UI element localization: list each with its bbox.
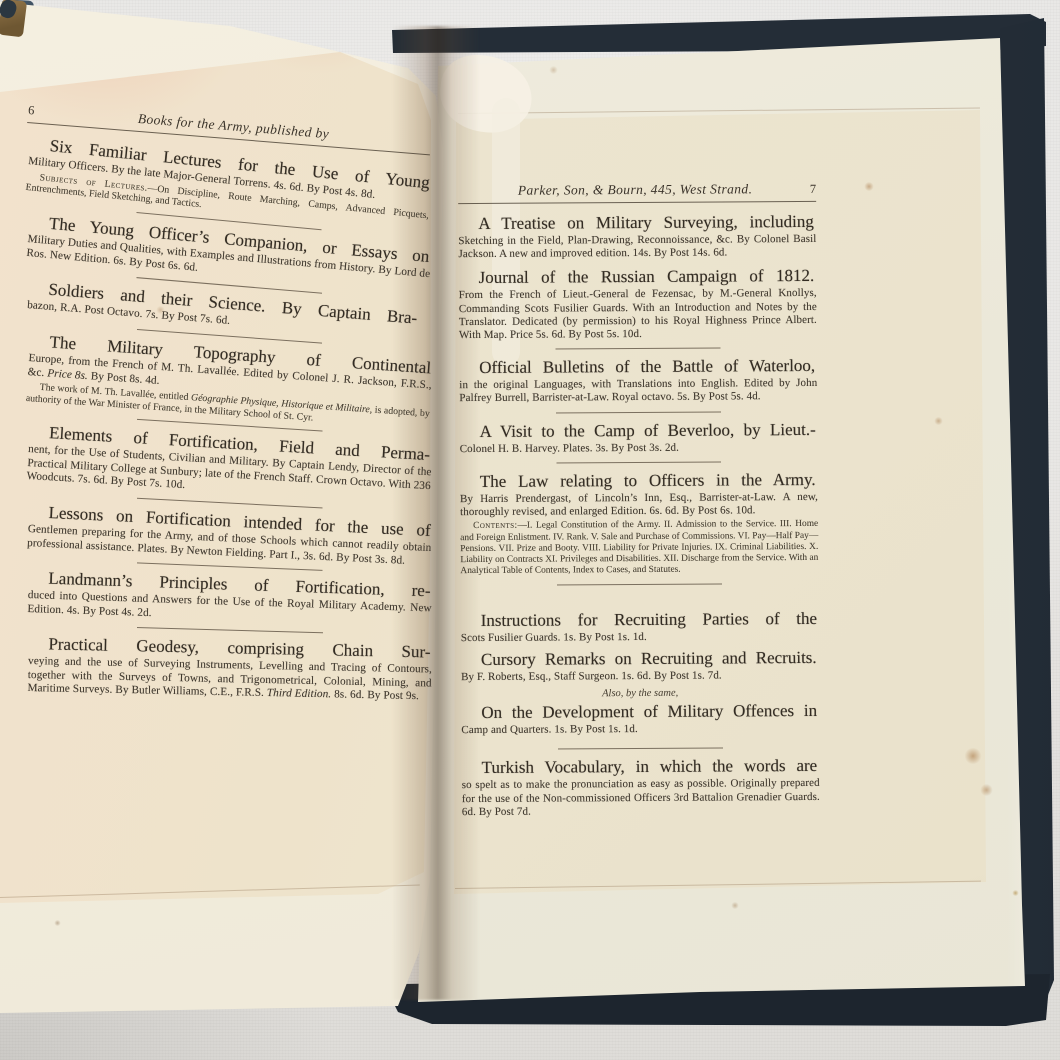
entry-body: By Harris Prendergast, of Lincoln’s Inn,…: [460, 491, 818, 520]
entry-title-line: Official Bulletins of the Battle of Wate…: [459, 355, 817, 378]
entry-title-line: A Treatise on Military Surveying, includ…: [458, 211, 816, 234]
catalog-entry: On the Development of Military Offences …: [461, 700, 819, 737]
catalog-entry: A Visit to the Camp of Beverloo, by Lieu…: [460, 419, 818, 456]
photo-of-open-book: 6 Books for the Army, published by Six F…: [0, 0, 1060, 1060]
catalog-entry: A Treatise on Military Surveying, includ…: [458, 211, 816, 262]
separator-rule: [460, 461, 818, 464]
separator-rule: [461, 583, 819, 586]
catalog-entry: Practical Geodesy, comprising Chain Sur-…: [27, 633, 432, 704]
entry-body: From the French of Lieut.-General de Fez…: [459, 287, 817, 342]
head-rule: [458, 201, 816, 204]
catalog-entry: Turkish Vocabulary, in which the words a…: [462, 755, 820, 819]
catalog-entry: Official Bulletins of the Battle of Wate…: [459, 355, 817, 406]
catalog-entry: Cursory Remarks on Recruiting and Recrui…: [461, 647, 819, 684]
entry-title-line: Turkish Vocabulary, in which the words a…: [462, 755, 820, 778]
separator-rule: [459, 347, 817, 350]
entry-title-line: Journal of the Russian Campaign of 1812.: [459, 265, 817, 288]
entry-note: Contents:—I. Legal Constitution of the A…: [460, 519, 818, 578]
entry-title-line: Cursory Remarks on Recruiting and Recrui…: [461, 647, 819, 670]
entry-body: Scots Fusilier Guards. 1s. By Post 1s. 1…: [461, 630, 819, 645]
entry-title-line: A Visit to the Camp of Beverloo, by Lieu…: [460, 419, 818, 442]
entry-body: Colonel H. B. Harvey. Plates. 3s. By Pos…: [460, 441, 818, 456]
catalog-entry: Instructions for Recruiting Parties of t…: [461, 608, 819, 645]
entry-body: By F. Roberts, Esq., Staff Surgeon. 1s. …: [461, 669, 819, 684]
entry-body: in the original Languages, with Translat…: [459, 377, 817, 406]
entry-title-line: The Law relating to Officers in the Army…: [460, 469, 818, 492]
entry-body: Sketching in the Field, Plan-Drawing, Re…: [458, 233, 816, 262]
right-running-head: Parker, Son, & Bourn, 445, West Strand. …: [458, 181, 816, 204]
separator-rule: [462, 747, 820, 750]
right-page-number: 7: [786, 182, 816, 197]
entry-body: so spelt as to make the pronunciation as…: [462, 777, 820, 819]
left-page-number: 6: [28, 103, 59, 120]
entry-body: veying and the use of Surveying Instrume…: [27, 655, 432, 704]
right-running-title: Parker, Son, & Bourn, 445, West Strand.: [484, 181, 786, 199]
also-by-the-same: Also, by the same,: [461, 687, 819, 700]
separator-rule: [459, 411, 817, 414]
catalog-entry: The Law relating to Officers in the Army…: [460, 469, 819, 578]
entry-title-line: Instructions for Recruiting Parties of t…: [461, 608, 819, 631]
catalog-entry: Landmann’s Principles of Fortification, …: [27, 567, 432, 629]
entry-body: Camp and Quarters. 1s. By Post 1s. 1d.: [461, 722, 819, 737]
left-page-text: 6 Books for the Army, published by Six F…: [28, 102, 432, 697]
right-page-text: Parker, Son, & Bourn, 445, West Strand. …: [458, 181, 820, 821]
catalog-entry: Journal of the Russian Campaign of 1812.…: [459, 265, 817, 342]
entry-title-line: On the Development of Military Offences …: [461, 700, 819, 723]
